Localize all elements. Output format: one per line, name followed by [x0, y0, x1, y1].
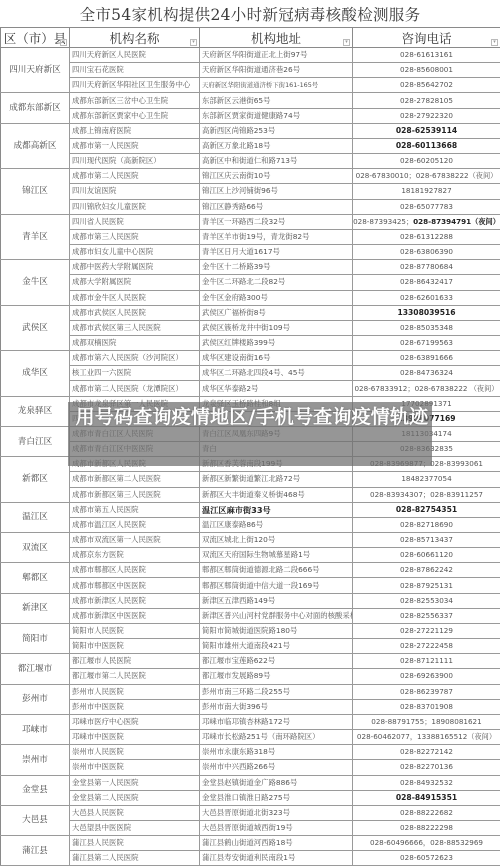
phone-cell: 028-83701908 [353, 699, 500, 714]
district-cell: 简阳市 [1, 623, 70, 653]
filter-dropdown-icon[interactable]: ▾ [190, 39, 197, 46]
district-cell: 郫都区 [1, 563, 70, 593]
institution-address-cell: 天府新区华阳街道正北上街97号 [200, 48, 353, 63]
filter-dropdown-icon[interactable]: ▾ [60, 39, 67, 46]
phone-cell: 028-67199563 [353, 335, 500, 350]
institution-address-cell: 天府新区华阳街道通济巷26号 [200, 63, 353, 78]
institution-address-cell: 新都区新繁街道繁江北路72号 [200, 472, 353, 487]
phone-cell: 028-62539114 [353, 123, 500, 138]
table-row: 四川宝石花医院天府新区华阳街道通济巷26号028-85608001 [1, 63, 500, 78]
table-row: 都江堰市第二人民医院都江堰市发展路89号028-69263900 [1, 669, 500, 684]
institution-name-cell: 彭州市人民医院 [70, 684, 200, 699]
phone-cell: 028-82754351 [353, 502, 500, 517]
column-header-phone[interactable]: 咨询电话▾ [353, 28, 500, 48]
table-row: 成都市第二人民医院（龙潭院区）成华区华泰路2号028-67833912；028-… [1, 381, 500, 396]
institution-address-cell: 崇州市中兴西路266号 [200, 760, 353, 775]
phone-cell: 13308039516 [353, 305, 500, 320]
institution-name-cell: 成都东部新区贾家中心卫生院 [70, 108, 200, 123]
institution-name-cell: 四川锦欣妇女儿童医院 [70, 199, 200, 214]
institution-name-cell: 成都市新都区第三人民医院 [70, 487, 200, 502]
table-row: 大邑县大邑县人民医院大邑县晋原街道北街323号028-88222682 [1, 805, 500, 820]
institution-name-cell: 大邑望县中医医院 [70, 820, 200, 835]
phone-cell: 028-62601633 [353, 290, 500, 305]
institution-address-cell: 高新西区尚锦路253号 [200, 123, 353, 138]
institution-address-cell: 锦江区静秀路66号 [200, 199, 353, 214]
institution-name-cell: 成都上锦南府医院 [70, 123, 200, 138]
phone-number: 028-87393425； [353, 217, 413, 226]
filter-dropdown-icon[interactable]: ▾ [491, 39, 498, 46]
institution-address-cell: 武侯区红牌楼路399号 [200, 335, 353, 350]
institution-name-cell: 成都市第五人民医院 [70, 502, 200, 517]
institution-address-cell: 成华区建设南街16号 [200, 351, 353, 366]
institution-name-cell: 成都市妇女儿童中心医院 [70, 245, 200, 260]
phone-cell: 028-87780684 [353, 260, 500, 275]
table-row: 彭州市中医医院彭州市南大街396号028-83701908 [1, 699, 500, 714]
table-row: 成都市金牛区人民医院金牛区金府路300号028-62601633 [1, 290, 500, 305]
district-cell: 成都高新区 [1, 123, 70, 168]
institution-address-cell: 都江堰市宝莲路622号 [200, 654, 353, 669]
table-row: 四川天府新区华阳社区卫生服务中心天府新区华阳街道通济桥下街161-165号028… [1, 78, 500, 93]
institution-address-cell: 青羊区日月大道1617号 [200, 245, 353, 260]
table-row: 邛崃市邛崃市医疗中心医院邛崃市临邛镇杏林路172号028-88791755；18… [1, 714, 500, 729]
table-row: 双流区成都市双流区第一人民医院双流区城北上街120号028-85713437 [1, 533, 500, 548]
table-row: 成都市妇女儿童中心医院青羊区日月大道1617号028-63806390 [1, 245, 500, 260]
table-row: 都江堰市都江堰市人民医院都江堰市宝莲路622号028-87121111 [1, 654, 500, 669]
phone-cell: 028-60496666，028-88532969 [353, 836, 500, 851]
phone-cell: 028-60572623 [353, 851, 500, 866]
phone-cell: 028-87393425；028-87394791（夜间） [353, 214, 500, 229]
institution-address-cell: 金牛区二环路北二段82号 [200, 275, 353, 290]
institution-address-cell: 简阳市雄州大道南段421号 [200, 639, 353, 654]
district-cell: 彭州市 [1, 684, 70, 714]
district-cell: 新津区 [1, 593, 70, 623]
table-row: 成都京东方医院双流区天府国际生物城慕星路1号028-60661120 [1, 548, 500, 563]
institution-name-cell: 四川省人民医院 [70, 214, 200, 229]
phone-cell: 028-88222682 [353, 805, 500, 820]
table-row: 锦江区成都市第二人民医院锦江区庆云南街10号028-67830010；028-6… [1, 169, 500, 184]
institution-address-cell: 都江堰市发展路89号 [200, 669, 353, 684]
table-row: 成都市新都区第三人民医院新都区大丰街道秦义桥街468号028-83934307；… [1, 487, 500, 502]
table-row: 成都东部新区成都东部新区三岔中心卫生院东部新区云港街65号028-2782810… [1, 93, 500, 108]
table-row: 成都市温江区人民医院温江区康泰路86号028-82718690 [1, 517, 500, 532]
institution-address-cell: 金堂县赵镇街道金广路886号 [200, 775, 353, 790]
institution-name-cell: 成都市新津区中医医院 [70, 608, 200, 623]
institution-address-cell: 温江区麻市街33号 [200, 502, 353, 517]
institution-name-cell: 金堂县第二人民医院 [70, 790, 200, 805]
institution-address-cell: 新津区五津西路149号 [200, 593, 353, 608]
filter-dropdown-icon[interactable]: ▾ [343, 39, 350, 46]
institution-name-cell: 成都中医药大学附属医院 [70, 260, 200, 275]
table-row: 成都市第一人民医院高新区万象北路18号028-60113668 [1, 138, 500, 153]
institution-name-cell: 成都市新津区人民医院 [70, 593, 200, 608]
institution-address-cell: 郫都区郫筒街道中信大道一段169号 [200, 578, 353, 593]
institution-name-cell: 核工业四一六医院 [70, 366, 200, 381]
phone-cell: 028-85642702 [353, 78, 500, 93]
table-row: 蒲江县第二人民医院蒲江县寿安街道利民南段1号028-60572623 [1, 851, 500, 866]
district-cell: 蒲江县 [1, 836, 70, 866]
institution-name-cell: 成都市郫都区人民医院 [70, 563, 200, 578]
institution-name-cell: 四川天府新区华阳社区卫生服务中心 [70, 78, 200, 93]
district-cell: 金堂县 [1, 775, 70, 805]
institution-address-cell: 青羊区一环路西二段32号 [200, 214, 353, 229]
table-row: 四川天府新区四川天府新区人民医院天府新区华阳街道正北上街97号028-61613… [1, 48, 500, 63]
table-row: 成都市武侯区第三人民医院武侯区簇桥龙井中街109号028-85035348 [1, 320, 500, 335]
institution-address-cell: 大邑县晋原街道城西街19号 [200, 820, 353, 835]
phone-cell: 028-82272142 [353, 745, 500, 760]
phone-cell: 028-60661120 [353, 548, 500, 563]
institution-name-cell: 邛崃市医疗中心医院 [70, 714, 200, 729]
institution-name-cell: 都江堰市人民医院 [70, 654, 200, 669]
district-cell: 新都区 [1, 457, 70, 502]
institution-name-cell: 崇州市中医医院 [70, 760, 200, 775]
table-row: 崇州市崇州市人民医院崇州市永康东路318号028-82272142 [1, 745, 500, 760]
phone-cell: 028-86239787 [353, 684, 500, 699]
institution-name-cell: 成都市金牛区人民医院 [70, 290, 200, 305]
district-cell: 青羊区 [1, 214, 70, 259]
phone-cell: 028-63891666 [353, 351, 500, 366]
table-row: 蒲江县蒲江县人民医院蒲江县鹤山街道河西路18号028-60496666，028-… [1, 836, 500, 851]
district-cell: 成华区 [1, 351, 70, 396]
phone-cell: 028-82718690 [353, 517, 500, 532]
phone-cell: 028-84932532 [353, 775, 500, 790]
phone-cell: 028-67830010；028-67838222（夜间） [353, 169, 500, 184]
phone-cell: 028-84736324 [353, 366, 500, 381]
district-cell: 龙泉驿区 [1, 396, 70, 426]
table-row: 四川锦欣妇女儿童医院锦江区静秀路66号028-65077783 [1, 199, 500, 214]
phone-cell: 028-87862242 [353, 563, 500, 578]
phone-cell: 028-87121111 [353, 654, 500, 669]
table-row: 邛崃市中医医院邛崃市长松路251号（南环路院区）028-60462077，133… [1, 730, 500, 745]
institution-address-cell: 青羊区羊市街19号，青龙街82号 [200, 229, 353, 244]
phone-cell: 028-61312288 [353, 229, 500, 244]
institution-address-cell: 简阳市简城街道医院路180号 [200, 623, 353, 638]
table-row: 成都双楠医院武侯区红牌楼路399号028-67199563 [1, 335, 500, 350]
institution-address-cell: 蒲江县寿安街道利民南段1号 [200, 851, 353, 866]
institution-address-cell: 金牛区金府路300号 [200, 290, 353, 305]
institution-name-cell: 成都双楠医院 [70, 335, 200, 350]
phone-cell: 028-65077783 [353, 199, 500, 214]
institution-address-cell: 双流区城北上街120号 [200, 533, 353, 548]
institution-address-cell: 新津区普兴山河村党群服务中心对面的核酸采样点 [200, 608, 353, 623]
district-cell: 都江堰市 [1, 654, 70, 684]
caption-overlay-text: 用号码查询疫情地区/手机号查询疫情轨迹 [72, 404, 432, 430]
district-cell: 邛崃市 [1, 714, 70, 744]
institution-name-cell: 大邑县人民医院 [70, 805, 200, 820]
institution-name-cell: 成都市郫都区中医医院 [70, 578, 200, 593]
institution-address-cell: 温江区康泰路86号 [200, 517, 353, 532]
institution-address-cell: 东部新区云港街65号 [200, 93, 353, 108]
district-cell: 青白江区 [1, 426, 70, 456]
institution-address-cell: 武侯区广福桥街8号 [200, 305, 353, 320]
phone-cell: 028-85035348 [353, 320, 500, 335]
phone-cell: 028-60462077，13388165512（夜间） [353, 730, 500, 745]
phone-cell: 028-63806390 [353, 245, 500, 260]
phone-cell: 028-27222458 [353, 639, 500, 654]
institution-name-cell: 成都市第二人民医院 [70, 169, 200, 184]
institution-name-cell: 成都东部新区三岔中心卫生院 [70, 93, 200, 108]
institution-address-cell: 东部新区贾家街道健康路74号 [200, 108, 353, 123]
institution-name-cell: 邛崃市中医医院 [70, 730, 200, 745]
table-row: 大邑望县中医医院大邑县晋原街道城西街19号028-88222298 [1, 820, 500, 835]
institution-address-cell: 大邑县晋原街道北街323号 [200, 805, 353, 820]
institution-address-cell: 双流区天府国际生物城慕星路1号 [200, 548, 353, 563]
district-cell: 武侯区 [1, 305, 70, 350]
table-row: 成都市第三人民医院青羊区羊市街19号，青龙街82号028-61312288 [1, 229, 500, 244]
institution-name-cell: 成都大学附属医院 [70, 275, 200, 290]
phone-cell: 028-83934307；028-83911257 [353, 487, 500, 502]
table-row: 温江区成都市第五人民医院温江区麻市街33号028-82754351 [1, 502, 500, 517]
table-row: 青羊区四川省人民医院青羊区一环路西二段32号028-87393425；028-8… [1, 214, 500, 229]
table-row: 简阳市简阳市人民医院简阳市简城街道医院路180号028-27221129 [1, 623, 500, 638]
table-row: 四川现代医院（高新院区）高新区中和街道仁和路713号028-60205120 [1, 154, 500, 169]
institution-address-cell: 郫都区郫筒街道德源北路二段666号 [200, 563, 353, 578]
institution-address-cell: 武侯区簇桥龙井中街109号 [200, 320, 353, 335]
institution-name-cell: 崇州市人民医院 [70, 745, 200, 760]
table-row: 郫都区成都市郫都区人民医院郫都区郫筒街道德源北路二段666号028-878622… [1, 563, 500, 578]
phone-cell: 028-67833912；028-67838222 （夜间） [353, 381, 500, 396]
institution-name-cell: 成都市第六人民医院（沙河院区） [70, 351, 200, 366]
institution-address-cell: 崇州市永康东路318号 [200, 745, 353, 760]
institution-name-cell: 蒲江县人民医院 [70, 836, 200, 851]
phone-cell: 028-60113668 [353, 138, 500, 153]
table-row: 金堂县第二人民医院金堂县淮口镇淮日路275号028-84915351 [1, 790, 500, 805]
institution-name-cell: 成都市武侯区人民医院 [70, 305, 200, 320]
institution-name-cell: 成都市第三人民医院 [70, 229, 200, 244]
institution-name-cell: 金堂县第一人民医院 [70, 775, 200, 790]
column-header-address[interactable]: 机构地址▾ [200, 28, 353, 48]
table-row: 成都大学附属医院金牛区二环路北二段82号028-86432417 [1, 275, 500, 290]
institution-address-cell: 新都区大丰街道秦义桥街468号 [200, 487, 353, 502]
institution-address-cell: 成华区华泰路2号 [200, 381, 353, 396]
phone-cell: 028-84915351 [353, 790, 500, 805]
table-row: 金牛区成都中医药大学附属医院金牛区十二桥路39号028-87780684 [1, 260, 500, 275]
table-row: 简阳市中医医院简阳市雄州大道南段421号028-27222458 [1, 639, 500, 654]
district-cell: 成都东部新区 [1, 93, 70, 123]
column-header-name[interactable]: 机构名称▾ [70, 28, 200, 48]
institution-name-cell: 成都市新都区第二人民医院 [70, 472, 200, 487]
table-row: 成都高新区成都上锦南府医院高新西区尚锦路253号028-62539114 [1, 123, 500, 138]
institution-address-cell: 彭州市南大街396号 [200, 699, 353, 714]
institution-name-cell: 成都市温江区人民医院 [70, 517, 200, 532]
district-cell: 温江区 [1, 502, 70, 532]
table-row: 武侯区成都市武侯区人民医院武侯区广福桥街8号13308039516 [1, 305, 500, 320]
phone-cell: 028-60205120 [353, 154, 500, 169]
phone-cell: 18181927827 [353, 184, 500, 199]
phone-cell: 028-88791755；18908081621 [353, 714, 500, 729]
table-row: 成都市新都区第二人民医院新都区新繁街道繁江北路72号18482377054 [1, 472, 500, 487]
table-row: 成都市新津区中医医院新津区普兴山河村党群服务中心对面的核酸采样点028-8255… [1, 608, 500, 623]
table-row: 彭州市彭州市人民医院彭州市南三环路二段255号028-86239787 [1, 684, 500, 699]
page-title: 全市54家机构提供24小时新冠病毒核酸检测服务 [0, 0, 500, 27]
institution-name-cell: 四川现代医院（高新院区） [70, 154, 200, 169]
phone-cell: 028-87925131 [353, 578, 500, 593]
institution-name-cell: 四川宝石花医院 [70, 63, 200, 78]
phone-cell: 028-82270136 [353, 760, 500, 775]
institution-address-cell: 天府新区华阳街道通济桥下街161-165号 [200, 78, 353, 93]
table-row: 四川友谊医院锦江区上沙河铺街96号18181927827 [1, 184, 500, 199]
district-cell: 崇州市 [1, 745, 70, 775]
institution-address-cell: 锦江区上沙河铺街96号 [200, 184, 353, 199]
night-phone-number: 028-87394791（夜间） [413, 217, 500, 226]
institution-address-cell: 成华区二环路北四段4号、45号 [200, 366, 353, 381]
phone-cell: 028-27828105 [353, 93, 500, 108]
district-cell: 双流区 [1, 533, 70, 563]
district-cell: 锦江区 [1, 169, 70, 214]
institution-name-cell: 蒲江县第二人民医院 [70, 851, 200, 866]
institution-name-cell: 简阳市中医医院 [70, 639, 200, 654]
institution-address-cell: 高新区万象北路18号 [200, 138, 353, 153]
institution-name-cell: 简阳市人民医院 [70, 623, 200, 638]
phone-cell: 028-61613161 [353, 48, 500, 63]
institution-name-cell: 都江堰市第二人民医院 [70, 669, 200, 684]
district-cell: 大邑县 [1, 805, 70, 835]
table-row: 新津区成都市新津区人民医院新津区五津西路149号028-82553034 [1, 593, 500, 608]
table-row: 成都市郫都区中医医院郫都区郫筒街道中信大道一段169号028-87925131 [1, 578, 500, 593]
institution-address-cell: 金牛区十二桥路39号 [200, 260, 353, 275]
table-row: 成华区成都市第六人民医院（沙河院区）成华区建设南街16号028-63891666 [1, 351, 500, 366]
table-row: 崇州市中医医院崇州市中兴西路266号028-82270136 [1, 760, 500, 775]
institution-name-cell: 四川友谊医院 [70, 184, 200, 199]
institution-address-cell: 金堂县淮口镇淮日路275号 [200, 790, 353, 805]
institution-address-cell: 锦江区庆云南街10号 [200, 169, 353, 184]
institution-name-cell: 成都市双流区第一人民医院 [70, 533, 200, 548]
phone-cell: 028-88222298 [353, 820, 500, 835]
table-row: 核工业四一六医院成华区二环路北四段4号、45号028-84736324 [1, 366, 500, 381]
table-row: 成都东部新区贾家中心卫生院东部新区贾家街道健康路74号028-27922320 [1, 108, 500, 123]
phone-cell: 028-27922320 [353, 108, 500, 123]
institution-address-cell: 高新区中和街道仁和路713号 [200, 154, 353, 169]
district-cell: 金牛区 [1, 260, 70, 305]
institution-name-cell: 成都市第二人民医院（龙潭院区） [70, 381, 200, 396]
phone-cell: 028-82553034 [353, 593, 500, 608]
institution-address-cell: 蒲江县鹤山街道河西路18号 [200, 836, 353, 851]
institution-address-cell: 彭州市南三环路二段255号 [200, 684, 353, 699]
phone-cell: 028-27221129 [353, 623, 500, 638]
phone-cell: 028-86432417 [353, 275, 500, 290]
institution-address-cell: 邛崃市临邛镇杏林路172号 [200, 714, 353, 729]
institution-name-cell: 彭州市中医医院 [70, 699, 200, 714]
phone-cell: 028-69263900 [353, 669, 500, 684]
institution-address-cell: 邛崃市长松路251号（南环路院区） [200, 730, 353, 745]
table-row: 金堂县金堂县第一人民医院金堂县赵镇街道金广路886号028-84932532 [1, 775, 500, 790]
institution-name-cell: 四川天府新区人民医院 [70, 48, 200, 63]
phone-cell: 028-85713437 [353, 533, 500, 548]
phone-cell: 028-85608001 [353, 63, 500, 78]
institution-name-cell: 成都市第一人民医院 [70, 138, 200, 153]
institution-name-cell: 成都京东方医院 [70, 548, 200, 563]
table-header-row: 区（市）县▾ 机构名称▾ 机构地址▾ 咨询电话▾ [1, 28, 500, 48]
institution-name-cell: 成都市武侯区第三人民医院 [70, 320, 200, 335]
phone-cell: 18482377054 [353, 472, 500, 487]
district-cell: 四川天府新区 [1, 48, 70, 93]
column-header-district[interactable]: 区（市）县▾ [1, 28, 70, 48]
phone-cell: 028-82556337 [353, 608, 500, 623]
